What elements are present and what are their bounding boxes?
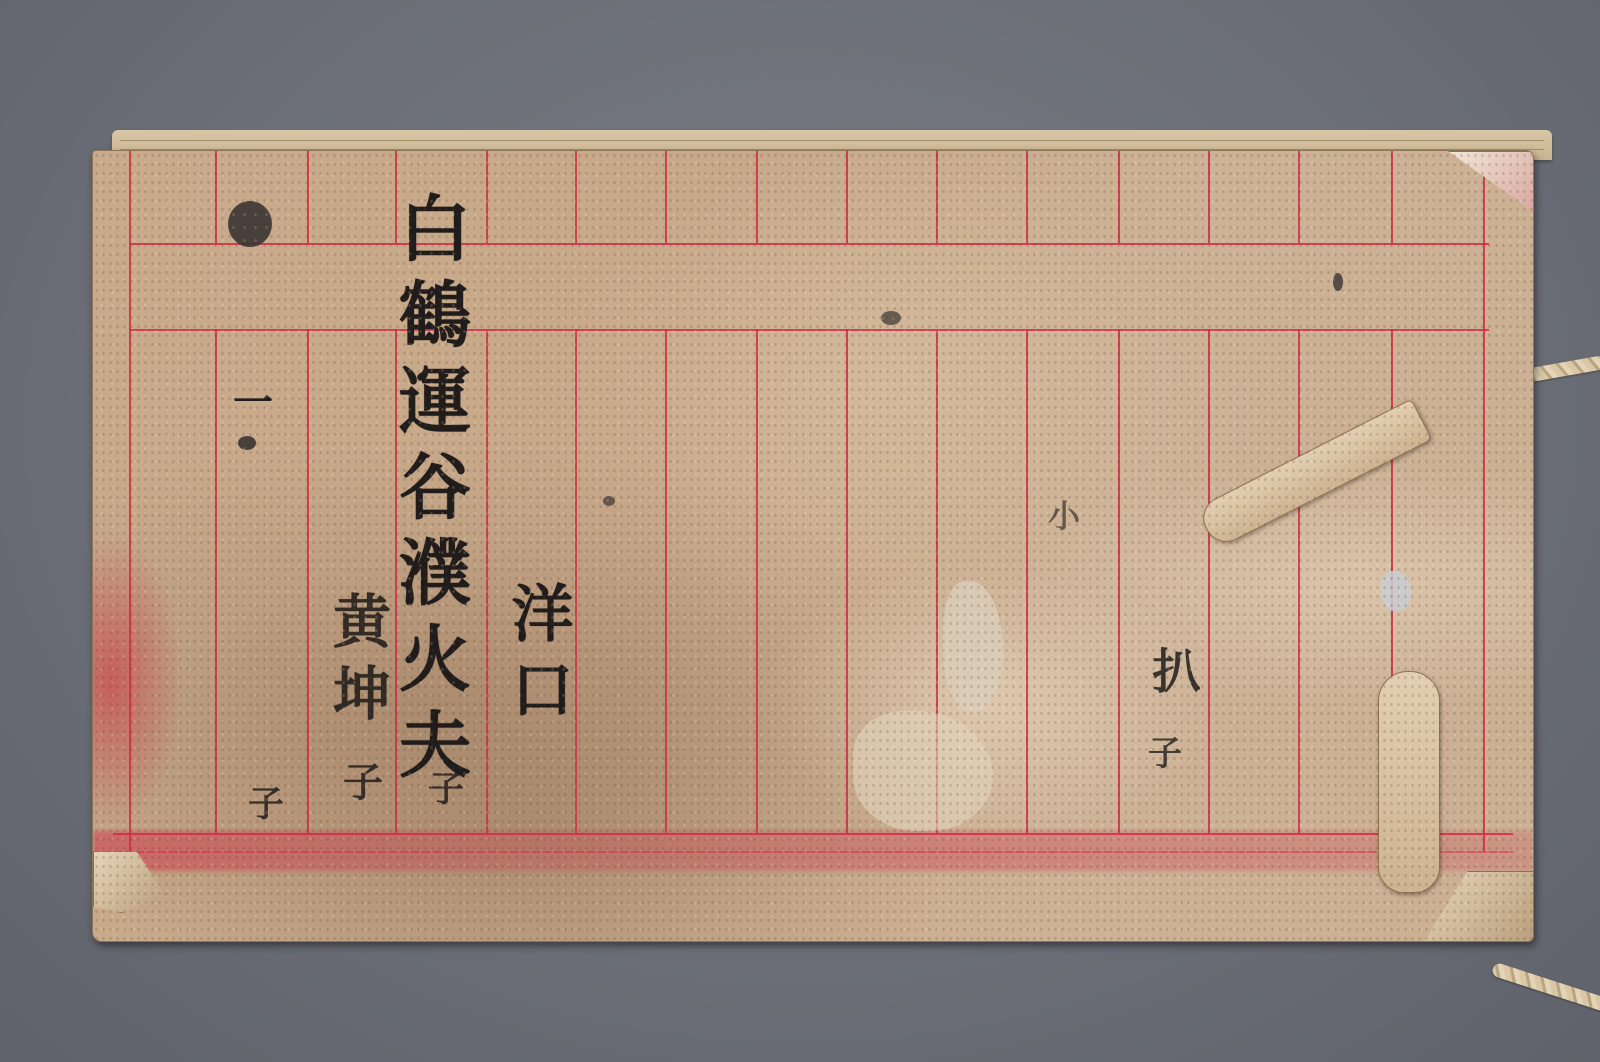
paper-tear: [1381, 571, 1411, 611]
ledger-cover: 白鶴運谷濮火夫 洋口 黄坤 子 子 子 一 扒 子 小: [92, 150, 1534, 942]
name-column-text: 黄坤: [315, 591, 399, 735]
string-tie-upper: [1524, 355, 1600, 383]
suffix-mark-place: 子: [428, 761, 464, 812]
suffix-mark-name: 子: [248, 776, 284, 827]
string-tie-lower: [1491, 962, 1600, 1012]
right-column-text: 扒: [1138, 646, 1207, 702]
ink-blot: [881, 311, 901, 325]
suffix-mark-title: 子: [343, 751, 383, 808]
ink-blot: [1333, 273, 1343, 291]
photo-stage: 白鶴運谷濮火夫 洋口 黄坤 子 子 子 一 扒 子 小: [0, 0, 1600, 1062]
right-suffix-mark: 子: [1148, 726, 1182, 775]
faint-mark: 小: [1048, 491, 1080, 537]
folded-paper-tab-vertical: [1378, 671, 1440, 893]
title-column-text: 白鶴運谷濮火夫: [393, 191, 465, 793]
numeral-one-mark: 一: [233, 371, 273, 428]
ink-blot: [238, 436, 256, 450]
ink-blot: [603, 496, 615, 506]
red-ruled-grid: [93, 151, 1533, 941]
ink-blot: [228, 201, 272, 247]
place-column-text: 洋口: [493, 581, 582, 733]
